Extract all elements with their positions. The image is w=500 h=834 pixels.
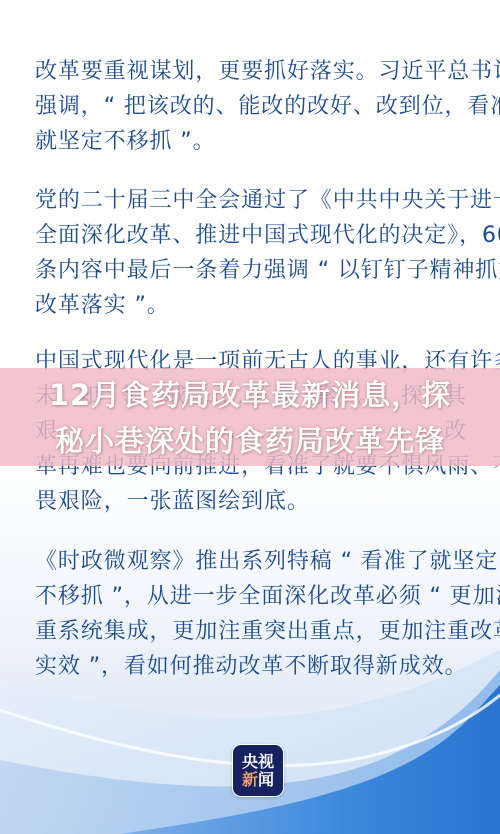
text-line: 全面深化改革、推进中国式现代化的决定》，60: [35, 218, 467, 253]
cctv-news-logo: 央 视 新 闻: [232, 744, 284, 797]
paragraph-1: 改革要重视谋划，更要抓好落实。习近平总书记 强调，“ 把该改的、能改的改好、改到…: [35, 54, 467, 159]
text-line: 改革落实 ”。: [35, 288, 467, 323]
logo-char: 视: [258, 753, 274, 771]
text-line: 强调，“ 把该改的、能改的改好、改到位，看准了: [35, 89, 467, 124]
text-line: 实效 ”，看如何推动改革不断取得新成效。: [35, 649, 467, 684]
logo-char: 央: [242, 753, 258, 771]
logo-char: 新: [242, 771, 258, 789]
text-line: 党的二十届三中全会通过了《中共中央关于进一步: [35, 183, 467, 218]
logo-char: 闻: [258, 771, 274, 789]
overlay-title: 12月食药局改革最新消息，探 秘小巷深处的食药局改革先锋: [0, 372, 500, 464]
text-line: 条内容中最后一条着力强调 “ 以钉钉子精神抓好: [35, 253, 467, 288]
paragraph-4: 《时政微观察》推出系列特稿 “ 看准了就坚定 不移抓 ”，从进一步全面深化改革必…: [35, 544, 467, 684]
text-line: 就坚定不移抓 ”。: [35, 124, 467, 159]
overlay-title-line: 12月食药局改革最新消息，探: [0, 372, 500, 418]
paragraph-2: 党的二十届三中全会通过了《中共中央关于进一步 全面深化改革、推进中国式现代化的决…: [35, 183, 467, 323]
text-line: 《时政微观察》推出系列特稿 “ 看准了就坚定: [35, 544, 467, 579]
text-line: 畏艰险，一张蓝图绘到底。: [35, 484, 467, 519]
text-line: 重系统集成，更加注重突出重点，更加注重改革: [35, 614, 467, 649]
text-line: 不移抓 ”，从进一步全面深化改革必须 “ 更加注: [35, 579, 467, 614]
overlay-title-line: 秘小巷深处的食药局改革先锋: [0, 418, 500, 464]
text-line: 改革要重视谋划，更要抓好落实。习近平总书记: [35, 54, 467, 89]
